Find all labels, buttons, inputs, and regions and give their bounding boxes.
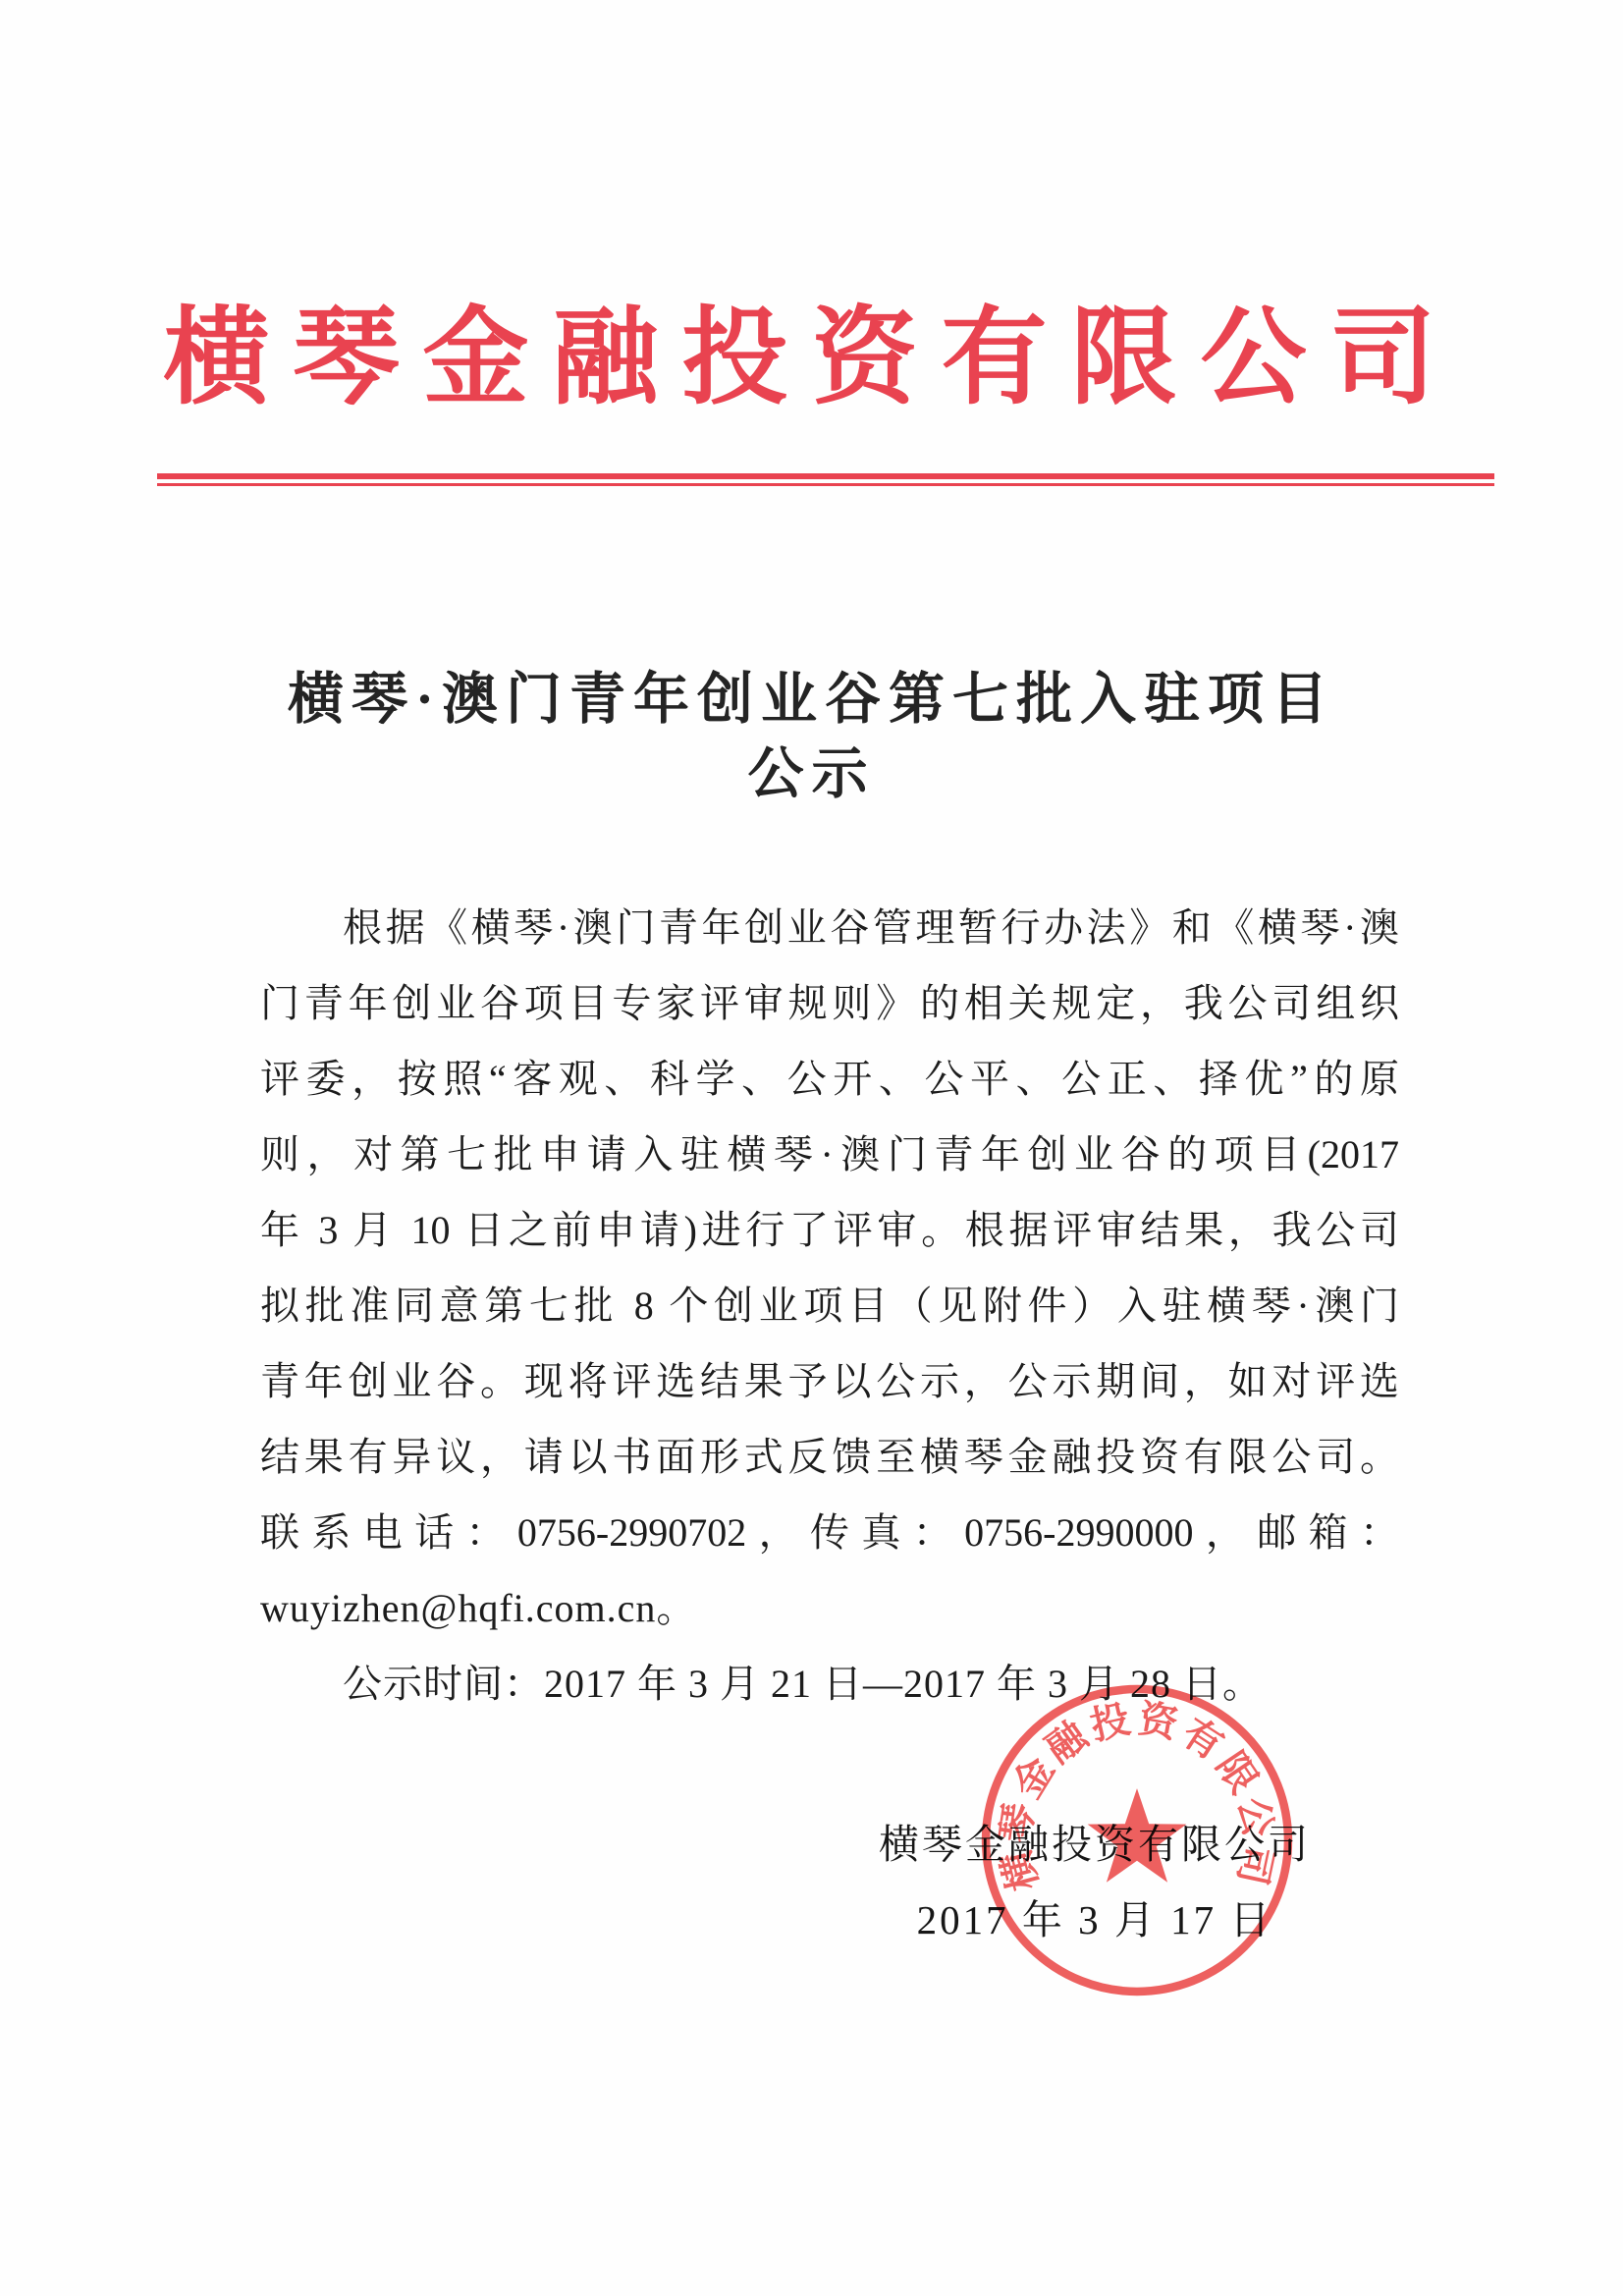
body-line: 根据《横琴·澳门青年创业谷管理暂行办法》和《横琴·澳 bbox=[260, 890, 1399, 965]
body-line: 则，对第七批申请入驻横琴·澳门青年创业谷的项目(2017 bbox=[260, 1117, 1399, 1192]
body-line: 年 3 月 10 日之前申请)进行了评审。根据评审结果，我公司 bbox=[260, 1192, 1399, 1268]
body-text: 根据《横琴·澳门青年创业谷管理暂行办法》和《横琴·澳 门青年创业谷项目专家评审规… bbox=[260, 890, 1399, 1722]
body-line: 门青年创业谷项目专家评审规则》的相关规定，我公司组织 bbox=[260, 965, 1399, 1041]
body-line: 评委，按照“客观、科学、公开、公平、公正、择优”的原 bbox=[260, 1041, 1399, 1117]
company-seal-stamp: 横琴金融投资有限公司 bbox=[970, 1673, 1304, 2007]
body-line: 联系电话：0756-2990702，传真：0756-2990000，邮箱： bbox=[260, 1495, 1399, 1570]
letterhead-rule-thick bbox=[157, 473, 1494, 479]
document-title: 横琴·澳门青年创业谷第七批入驻项目 公示 bbox=[0, 663, 1623, 812]
letterhead-company-name: 横琴金融投资有限公司 bbox=[0, 291, 1623, 428]
letterhead-rule-thin bbox=[157, 483, 1494, 486]
document-page: 横琴金融投资有限公司 横琴·澳门青年创业谷第七批入驻项目 公示 根据《横琴·澳门… bbox=[0, 0, 1623, 2296]
body-line-email: wuyizhen@hqfi.com.cn。 bbox=[260, 1570, 1399, 1646]
document-title-line2: 公示 bbox=[0, 738, 1623, 812]
body-line: 拟批准同意第七批 8 个创业项目（见附件）入驻横琴·澳门 bbox=[260, 1268, 1399, 1343]
document-title-line1: 横琴·澳门青年创业谷第七批入驻项目 bbox=[0, 663, 1623, 738]
body-line: 青年创业谷。现将评选结果予以公示，公示期间，如对评选 bbox=[260, 1343, 1399, 1419]
body-line: 结果有异议，请以书面形式反馈至横琴金融投资有限公司。 bbox=[260, 1419, 1399, 1495]
seal-star-icon bbox=[1088, 1788, 1187, 1883]
